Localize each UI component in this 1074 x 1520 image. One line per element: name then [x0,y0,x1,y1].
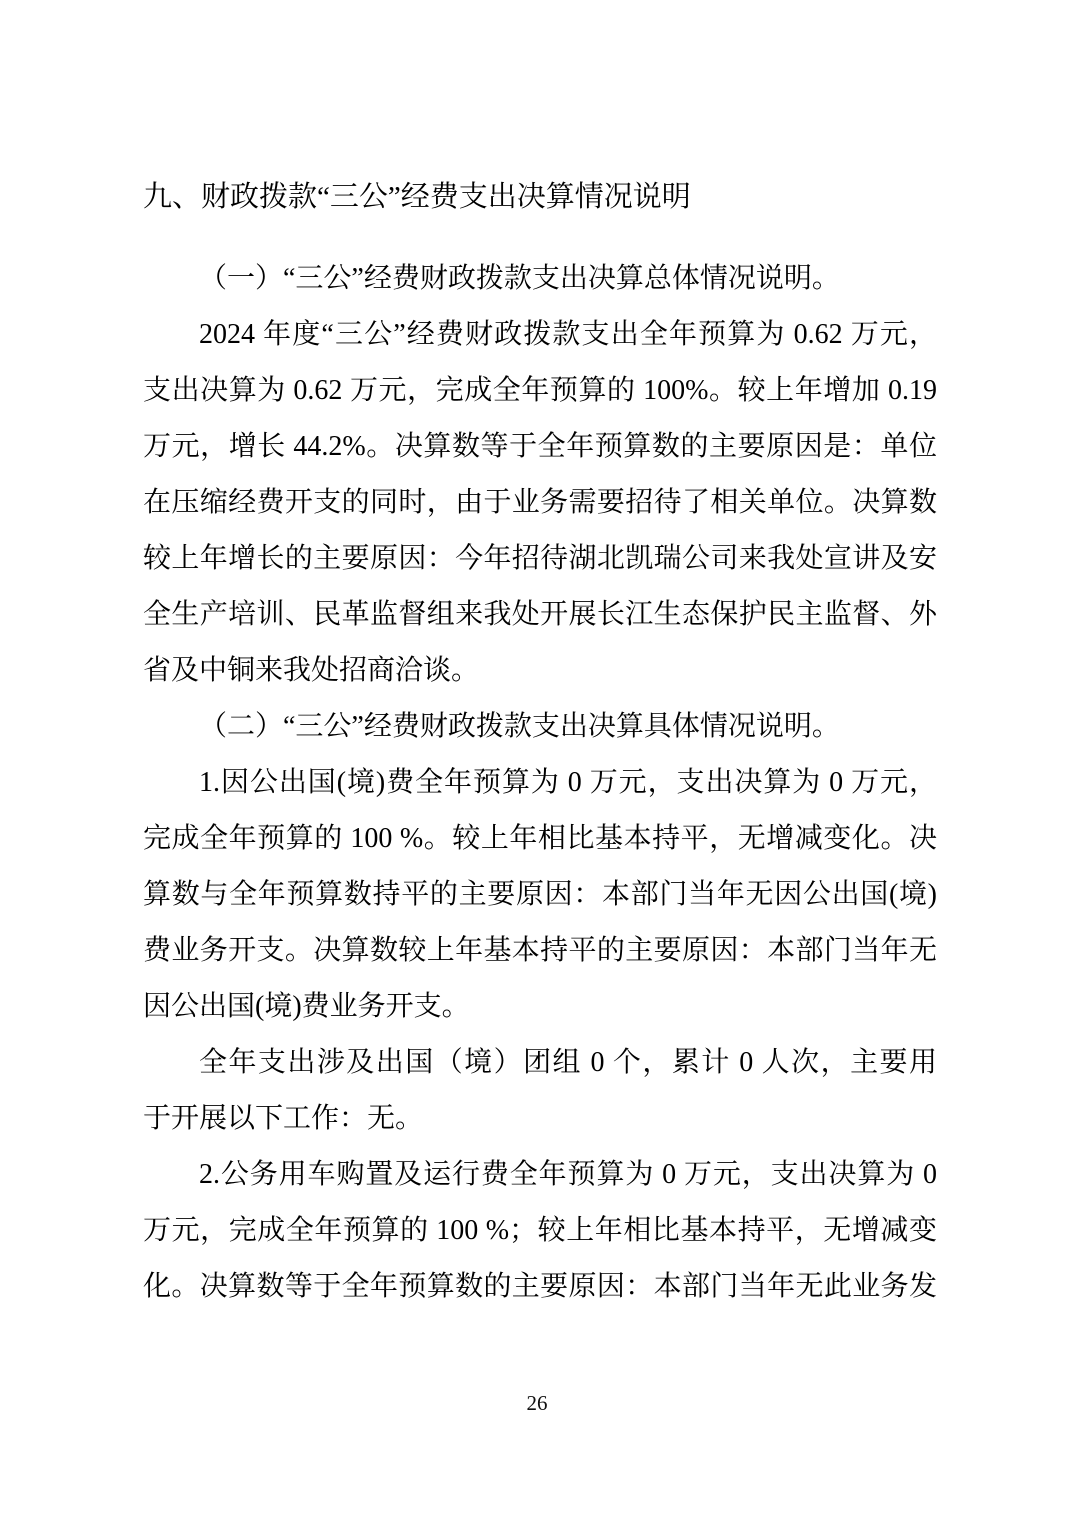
text-line: 万元，增长 44.2%。决算数等于全年预算数的主要原因是：单位 [143,419,937,475]
text-line: 较上年增长的主要原因：今年招待湖北凯瑞公司来我处宣讲及安 [143,531,937,587]
document-body: 九、财政拨款“三公”经费支出决算情况说明 （一）“三公”经费财政拨款支出决算总体… [143,169,937,1315]
text-line: 因公出国(境)费业务开支。 [143,979,937,1035]
text-line: 完成全年预算的 100 %。较上年相比基本持平，无增减变化。决 [143,811,937,867]
text-line: 全年支出涉及出国（境）团组 0 个，累计 0 人次，主要用 [143,1035,937,1091]
text-line: 在压缩经费开支的同时，由于业务需要招待了相关单位。决算数 [143,475,937,531]
text-line: 费业务开支。决算数较上年基本持平的主要原因：本部门当年无 [143,923,937,979]
text-line: 化。决算数等于全年预算数的主要原因：本部门当年无此业务发 [143,1259,937,1315]
text-line: 全生产培训、民革监督组来我处开展长江生态保护民主监督、外 [143,587,937,643]
document-page: 九、财政拨款“三公”经费支出决算情况说明 （一）“三公”经费财政拨款支出决算总体… [0,0,1074,1520]
text-line: 支出决算为 0.62 万元，完成全年预算的 100%。较上年增加 0.19 [143,363,937,419]
text-line: 于开展以下工作：无。 [143,1091,937,1147]
text-line: 省及中铜来我处招商洽谈。 [143,643,937,699]
text-line: 万元，完成全年预算的 100 %；较上年相比基本持平，无增减变 [143,1203,937,1259]
text-line: （一）“三公”经费财政拨款支出决算总体情况说明。 [143,251,937,307]
text-line: 2.公务用车购置及运行费全年预算为 0 万元，支出决算为 0 [143,1147,937,1203]
text-line: 1.因公出国(境)费全年预算为 0 万元，支出决算为 0 万元， [143,755,937,811]
section-heading: 九、财政拨款“三公”经费支出决算情况说明 [143,169,937,226]
text-line: 2024 年度“三公”经费财政拨款支出全年预算为 0.62 万元， [143,307,937,363]
text-line: （二）“三公”经费财政拨款支出决算具体情况说明。 [143,699,937,755]
page-number: 26 [0,1391,1074,1415]
text-line: 算数与全年预算数持平的主要原因：本部门当年无因公出国(境) [143,867,937,923]
